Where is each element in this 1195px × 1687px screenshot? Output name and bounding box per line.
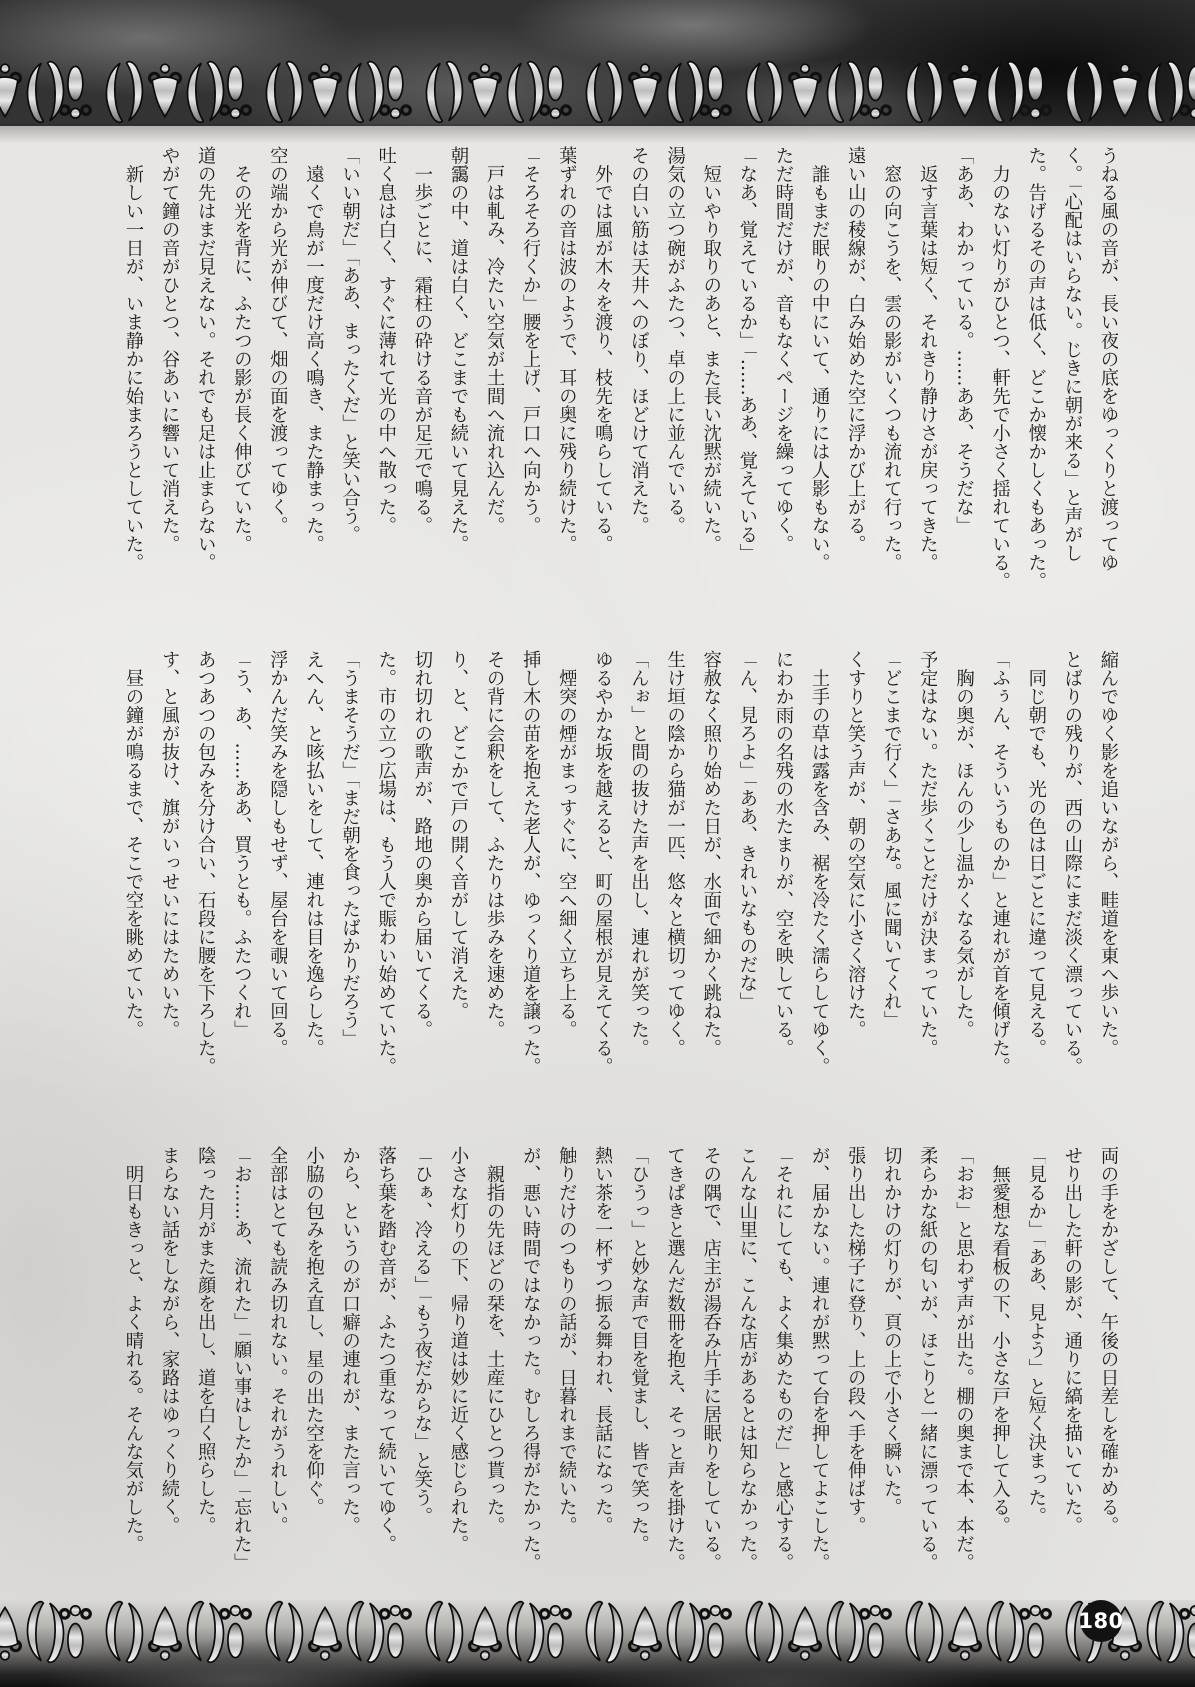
text-column: 新しい一日が、いま静かに始まろうとしていた。 — [123, 146, 143, 598]
text-column: 全部はとても読み切れない。それがうれしい。 — [267, 1146, 287, 1592]
text-block-3: 両の手をかざして、午後の日差しを確かめる。せり出した軒の影が、通りに縞を描いてい… — [123, 1146, 1118, 1592]
text-column: あつあつの包みを分け合い、石段に腰を下ろした。 — [195, 650, 215, 1106]
text-column: 胸の奥が、ほんの少し温かくなる気がした。 — [954, 650, 974, 1106]
text-column: せり出した軒の影が、通りに縞を描いていた。 — [1062, 1146, 1082, 1592]
text-block-2: 縮んでゆく影を追いながら、畦道を東へ歩いた。とばりの残りが、西の山際にまだ淡く漂… — [123, 650, 1118, 1106]
text-column: 挿し木の苗を抱えた老人が、ゆっくり道を譲った。 — [520, 650, 540, 1106]
text-column: とばりの残りが、西の山際にまだ淡く漂っている。 — [1062, 650, 1082, 1106]
text-column: 切れ切れの歌声が、路地の奥から届いてくる。 — [412, 650, 432, 1106]
text-column: その隅で、店主が湯呑み片手に居眠りをしている。 — [701, 1146, 721, 1592]
text-column: 一歩ごとに、霜柱の砕ける音が足元で鳴る。 — [412, 146, 432, 598]
text-column: 無愛想な看板の下、小さな戸を押して入る。 — [990, 1146, 1010, 1592]
text-column: 小さな灯りの下、帰り道は妙に近く感じられた。 — [448, 1146, 468, 1592]
text-column: 「ひぁ、冷える」「もう夜だからな」と笑う。 — [412, 1146, 432, 1592]
top-ornament-border-icon — [0, 60, 1195, 124]
text-column: 「ああ、わかっている。……ああ、そうだな」 — [954, 146, 974, 598]
text-column: 「見るか」「ああ、見よう」と短く決まった。 — [1026, 1146, 1046, 1592]
text-column: 「んぉ」と間の抜けた声を出し、連れが笑った。 — [629, 650, 649, 1106]
text-column: 浮かんだ笑みを隠しもせず、屋台を覗いて回る。 — [267, 650, 287, 1106]
text-column: くすりと笑う声が、朝の空気に小さく溶けた。 — [845, 650, 865, 1106]
text-column: 道の先はまだ見えない。それでも足は止まらない。 — [195, 146, 215, 598]
text-column: 張り出した梯子に登り、上の段へ手を伸ばす。 — [845, 1146, 865, 1592]
text-column: す、と風が抜け、旗がいっせいにはためいた。 — [159, 650, 179, 1106]
text-column: 湯気の立つ碗がふたつ、卓の上に並んでいる。 — [665, 146, 685, 598]
text-column: 短いやり取りのあと、また長い沈黙が続いた。 — [701, 146, 721, 598]
text-column: 小脇の包みを抱え直し、星の出た空を仰ぐ。 — [304, 1146, 324, 1592]
page-number: 180 — [1078, 1609, 1123, 1633]
text-column: 朝靄の中、道は白く、どこまでも続いて見えた。 — [448, 146, 468, 598]
text-column: 「う、あ、……ああ、買うとも。ふたつくれ」 — [231, 650, 251, 1106]
text-column: その白い筋は天井へのぼり、ほどけて消えた。 — [629, 146, 649, 598]
text-column: えへん、と咳払いをして、連れは目を逸らした。 — [304, 650, 324, 1106]
bottom-ornament-border-icon — [0, 1600, 1195, 1664]
text-column: 両の手をかざして、午後の日差しを確かめる。 — [1098, 1146, 1118, 1592]
text-column: 陰った月がまた顔を出し、道を白く照らした。 — [195, 1146, 215, 1592]
text-column: 外では風が木々を渡り、枝先を鳴らしている。 — [592, 146, 612, 598]
text-block-1: うねる風の音が、長い夜の底をゆっくりと渡ってゆく。「心配はいらない。じきに朝が来… — [123, 146, 1118, 598]
text-column: 返す言葉は短く、それきり静けさが戻ってきた。 — [917, 146, 937, 598]
text-column: 「なあ、覚えているか」「……ああ、覚えている」 — [737, 146, 757, 598]
text-column: 戸は軋み、冷たい空気が土間へ流れ込んだ。 — [484, 146, 504, 598]
text-column: 生け垣の陰から猫が一匹、悠々と横切ってゆく。 — [665, 650, 685, 1106]
text-column: から、というのが口癖の連れが、また言った。 — [340, 1146, 360, 1592]
text-column: 吐く息は白く、すぐに薄れて光の中へ散った。 — [376, 146, 396, 598]
text-column: 誰もまだ眠りの中にいて、通りには人影もない。 — [809, 146, 829, 598]
text-column: 熱い茶を一杯ずつ振る舞われ、長話になった。 — [592, 1146, 612, 1592]
top-border-shadow — [0, 124, 1195, 144]
text-column: 同じ朝でも、光の色は日ごとに違って見える。 — [1026, 650, 1046, 1106]
text-column: 遠くで鳥が一度だけ高く鳴き、また静まった。 — [304, 146, 324, 598]
text-column: 「ふぅん、そういうものか」と連れが首を傾げた。 — [990, 650, 1010, 1106]
text-column: 柔らかな紙の匂いが、ほこりと一緒に漂っている。 — [917, 1146, 937, 1592]
text-column: 触りだけのつもりの話が、日暮れまで続いた。 — [556, 1146, 576, 1592]
text-column: うねる風の音が、長い夜の底をゆっくりと渡ってゆ — [1098, 146, 1118, 598]
text-column: ゆるやかな坂を越えると、町の屋根が見えてくる。 — [592, 650, 612, 1106]
text-column: 予定はない。ただ歩くことだけが決まっていた。 — [917, 650, 937, 1106]
text-column: 容赦なく照り始めた日が、水面で細かく跳ねた。 — [701, 650, 721, 1106]
text-column: が、悪い時間ではなかった。むしろ得がたかった。 — [520, 1146, 540, 1592]
text-column: 落ち葉を踏む音が、ふたつ重なって続いてゆく。 — [376, 1146, 396, 1592]
text-column: 葉ずれの音は波のようで、耳の奥に残り続けた。 — [556, 146, 576, 598]
text-column: 「ひうっ」と妙な声で目を覚まし、皆で笑った。 — [629, 1146, 649, 1592]
text-column: 「どこまで行く」「さあな。風に聞いてくれ」 — [881, 650, 901, 1106]
text-column: た。市の立つ広場は、もう人で賑わい始めていた。 — [376, 650, 396, 1106]
text-column: 土手の草は露を含み、裾を冷たく濡らしてゆく。 — [809, 650, 829, 1106]
text-column: その光を背に、ふたつの影が長く伸びていた。 — [231, 146, 251, 598]
text-column: 「ん、見ろよ」「ああ、きれいなものだな」 — [737, 650, 757, 1106]
text-column: 「そろそろ行くか」腰を上げ、戸口へ向かう。 — [520, 146, 540, 598]
text-column: やがて鐘の音がひとつ、谷あいに響いて消えた。 — [159, 146, 179, 598]
text-column: こんな山里に、こんな店があるとは知らなかった。 — [737, 1146, 757, 1592]
text-column: 力のない灯りがひとつ、軒先で小さく揺れている。 — [990, 146, 1010, 598]
novel-page: うねる風の音が、長い夜の底をゆっくりと渡ってゆく。「心配はいらない。じきに朝が来… — [0, 0, 1195, 1687]
page-number-badge: 180 — [1080, 1600, 1122, 1642]
text-column: 遠い山の稜線が、白み始めた空に浮かび上がる。 — [845, 146, 865, 598]
text-column: 切れかけの灯りが、頁の上で小さく瞬いた。 — [881, 1146, 901, 1592]
text-column: た。告げるその声は低く、どこか懐かしくもあった。 — [1026, 146, 1046, 598]
text-column: 「お……あ、流れた」「願い事はしたか」「忘れた」 — [231, 1146, 251, 1592]
text-column: り、と、どこかで戸の開く音がして消えた。 — [448, 650, 468, 1106]
text-column: が、届かない。連れが黙って台を押してよこした。 — [809, 1146, 829, 1592]
text-column: 「おお」と思わず声が出た。棚の奥まで本、本だ。 — [954, 1146, 974, 1592]
text-column: にわか雨の名残の水たまりが、空を映している。 — [773, 650, 793, 1106]
text-column: てきぱきと選んだ数冊を抱え、そっと声を掛けた。 — [665, 1146, 685, 1592]
text-column: 「うまそうだ」「まだ朝を食ったばかりだろう」 — [340, 650, 360, 1106]
text-column: 親指の先ほどの栞を、土産にひとつ貰った。 — [484, 1146, 504, 1592]
text-column: まらない話をしながら、家路はゆっくり続く。 — [159, 1146, 179, 1592]
text-column: 昼の鐘が鳴るまで、そこで空を眺めていた。 — [123, 650, 143, 1106]
text-column: 明日もきっと、よく晴れる。そんな気がした。 — [123, 1146, 143, 1592]
text-column: ただ時間だけが、音もなくページを繰ってゆく。 — [773, 146, 793, 598]
text-column: 煙突の煙がまっすぐに、空へ細く立ち上る。 — [556, 650, 576, 1106]
text-column: 「それにしても、よく集めたものだ」と感心する。 — [773, 1146, 793, 1592]
text-column: く。「心配はいらない。じきに朝が来る」と声がし — [1062, 146, 1082, 598]
text-column: その背に会釈をして、ふたりは歩みを速めた。 — [484, 650, 504, 1106]
text-column: 窓の向こうを、雲の影がいくつも流れて行った。 — [881, 146, 901, 598]
text-column: 空の端から光が伸びて、畑の面を渡ってゆく。 — [267, 146, 287, 598]
text-column: 「いい朝だ」「ああ、まったくだ」と笑い合う。 — [340, 146, 360, 598]
text-column: 縮んでゆく影を追いながら、畦道を東へ歩いた。 — [1098, 650, 1118, 1106]
